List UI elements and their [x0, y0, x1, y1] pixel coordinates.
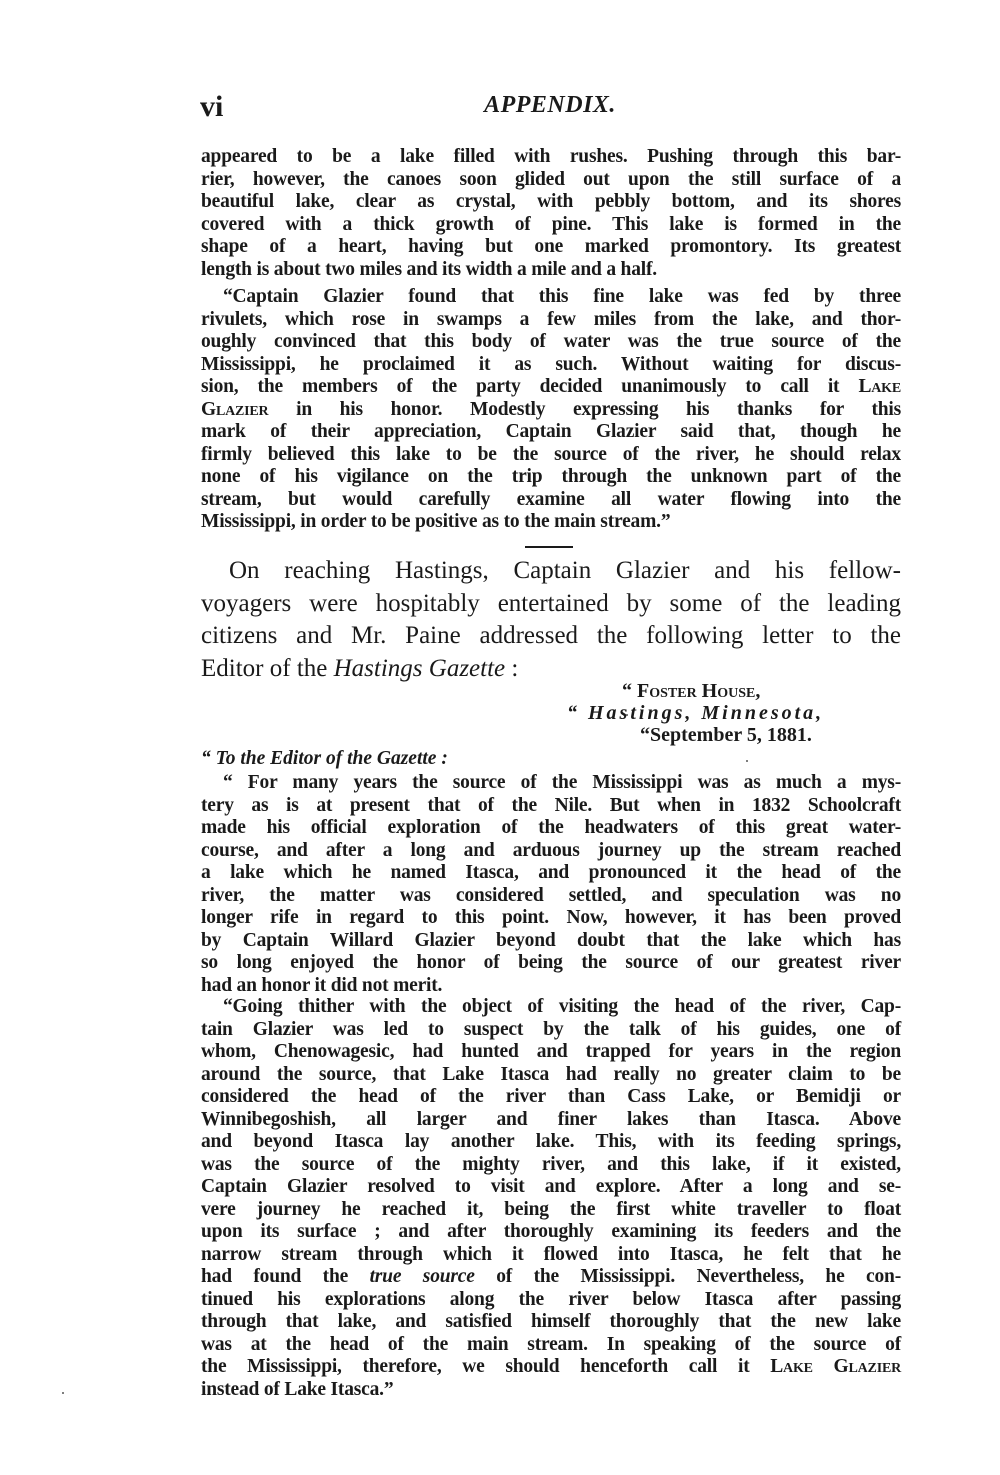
text-line: Winnibegoshish, all larger and finer lak… [201, 1109, 901, 1132]
text-line: rivulets, which rose in swamps a few mil… [201, 309, 901, 332]
text-line: “Going thither with the object of visiti… [201, 996, 901, 1019]
text-fragment: : [505, 655, 518, 682]
text-line: mark of their appreciation, Captain Glaz… [201, 421, 901, 444]
text-fragment: Editor of the [201, 655, 334, 682]
text-line: considered the head of the river than Ca… [201, 1086, 901, 1109]
page-header: vi APPENDIX. [200, 90, 900, 130]
text-fragment: the Mississippi, therefore, we should he… [201, 1356, 770, 1377]
text-line: Glazier in his honor. Modestly expressin… [201, 399, 901, 422]
running-head: APPENDIX. [200, 92, 900, 119]
text-line: the Mississippi, therefore, we should he… [201, 1356, 901, 1379]
quote-paragraph-glazier: “Captain Glazier found that this fine la… [201, 286, 901, 534]
text-fragment: of the Mississippi. Nevertheless, he con… [475, 1266, 901, 1287]
text-line: voyagers were hospitably entertained by … [201, 588, 901, 621]
text-line: was the source of the mighty river, and … [201, 1154, 901, 1177]
text-line: whom, Chenowagesic, had hunted and trapp… [201, 1041, 901, 1064]
text-line: firmly believed this lake to be the sour… [201, 444, 901, 467]
book-page: vi APPENDIX. appeared to be a lake fille… [0, 0, 1000, 1475]
text-line: a lake which he named Itasca, and pronou… [201, 862, 901, 885]
text-line: longer rife in regard to this point. Now… [201, 907, 901, 930]
narrative-paragraph: On reaching Hastings, Captain Glazier an… [201, 555, 901, 685]
text-line: had an honor it did not merit. [201, 975, 901, 998]
letter-address-line-1: “ Foster House, [622, 680, 760, 703]
text-line: through that lake, and satisfied himself… [201, 1311, 901, 1334]
text-line: river, the matter was considered settled… [201, 885, 901, 908]
text-line: Editor of the Hastings Gazette : [201, 653, 901, 686]
section-divider [525, 546, 573, 548]
text-fragment: had found the [201, 1266, 370, 1287]
text-line: oughly convinced that this body of water… [201, 331, 901, 354]
letter-salutation: “ To the Editor of the Gazette : [201, 748, 448, 770]
text-line: citizens and Mr. Paine addressed the fol… [201, 620, 901, 653]
text-line: “ For many years the source of the Missi… [201, 772, 901, 795]
text-line: tain Glazier was led to suspect by the t… [201, 1019, 901, 1042]
letter-paragraph-1: “ For many years the source of the Missi… [201, 772, 901, 997]
lake-small-caps: Lake [858, 376, 901, 397]
text-fragment: in his honor. Modestly expressing his th… [268, 399, 901, 420]
text-line: upon its surface ; and after thoroughly … [201, 1221, 901, 1244]
scan-speck [62, 1392, 64, 1394]
text-line: On reaching Hastings, Captain Glazier an… [201, 555, 901, 588]
text-line: Mississippi, in order to be positive as … [201, 511, 901, 534]
glazier-small-caps: Glazier [201, 399, 268, 420]
letter-address-line-2: “ Hastings, Minnesota, [567, 702, 824, 725]
text-line: around the source, that Lake Itasca had … [201, 1064, 901, 1087]
text-line: rier, however, the canoes soon glided ou… [201, 169, 901, 192]
text-line: narrow stream through which it flowed in… [201, 1244, 901, 1267]
quote-continued-paragraph: appeared to be a lake filled with rushes… [201, 146, 901, 281]
text-line: made his official exploration of the hea… [201, 817, 901, 840]
text-fragment: sion, the members of the party decided u… [201, 376, 858, 397]
letter-paragraph-2: “Going thither with the object of visiti… [201, 996, 901, 1401]
text-line: covered with a thick growth of pine. Thi… [201, 214, 901, 237]
text-line: beautiful lake, clear as crystal, with p… [201, 191, 901, 214]
text-line: length is about two miles and its width … [201, 259, 901, 282]
text-line: had found the true source of the Mississ… [201, 1266, 901, 1289]
text-line: appeared to be a lake filled with rushes… [201, 146, 901, 169]
text-line: tery as is at present that of the Nile. … [201, 795, 901, 818]
text-line: stream, but would carefully examine all … [201, 489, 901, 512]
text-line: “Captain Glazier found that this fine la… [201, 286, 901, 309]
scan-speck [626, 714, 628, 716]
text-line: so long enjoyed the honor of being the s… [201, 952, 901, 975]
text-line: sion, the members of the party decided u… [201, 376, 901, 399]
text-line: Mississippi, he proclaimed it as such. W… [201, 354, 901, 377]
text-line: by Captain Willard Glazier beyond doubt … [201, 930, 901, 953]
text-line: Captain Glazier resolved to visit and ex… [201, 1176, 901, 1199]
text-line: course, and after a long and arduous jou… [201, 840, 901, 863]
text-line: vere journey he reached it, being the fi… [201, 1199, 901, 1222]
text-line: shape of a heart, having but one marked … [201, 236, 901, 259]
text-line: none of his vigilance on the trip throug… [201, 466, 901, 489]
gazette-title: Hastings Gazette [334, 655, 506, 682]
text-line: tinued his explorations along the river … [201, 1289, 901, 1312]
true-source-emphasis: true source [370, 1266, 475, 1287]
text-line: was at the head of the main stream. In s… [201, 1334, 901, 1357]
scan-speck [746, 760, 748, 762]
text-line: and beyond Itasca lay another lake. This… [201, 1131, 901, 1154]
letter-date: “September 5, 1881. [640, 724, 812, 747]
lake-glazier-small-caps: Lake Glazier [770, 1356, 901, 1377]
text-line: instead of Lake Itasca.” [201, 1379, 901, 1402]
